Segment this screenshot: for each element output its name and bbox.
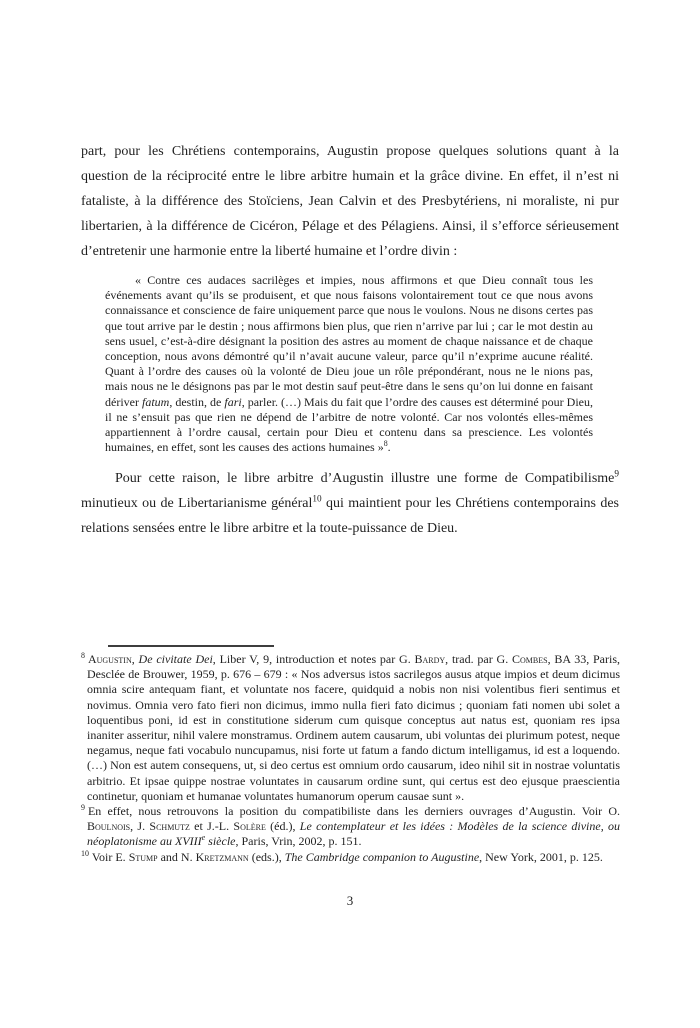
footnote-10-text: Voir E. Stump and N. Kretzmann (eds.), T… bbox=[92, 850, 603, 864]
footnote-separator-rule bbox=[108, 645, 274, 647]
block-quote-augustine: « Contre ces audaces sacrilèges et impie… bbox=[105, 273, 593, 455]
footnote-9-marker: 9 bbox=[81, 803, 85, 812]
page-number: 3 bbox=[0, 893, 700, 909]
footnote-8: 8Augustin, De civitate Dei, Liber V, 9, … bbox=[81, 652, 620, 804]
footnote-10: 10Voir E. Stump and N. Kretzmann (eds.),… bbox=[81, 850, 620, 865]
footnotes-section: 8Augustin, De civitate Dei, Liber V, 9, … bbox=[81, 645, 620, 865]
footnote-9-text: En effet, nous retrouvons la position du… bbox=[87, 804, 620, 848]
footnote-9: 9En effet, nous retrouvons la position d… bbox=[81, 804, 620, 850]
footnote-8-text: Augustin, De civitate Dei, Liber V, 9, i… bbox=[87, 652, 620, 803]
document-page: part, pour les Chrétiens contemporains, … bbox=[0, 0, 700, 1028]
footnote-10-marker: 10 bbox=[81, 849, 89, 858]
page-body: part, pour les Chrétiens contemporains, … bbox=[81, 139, 619, 541]
footnote-8-marker: 8 bbox=[81, 651, 85, 660]
paragraph-intro: part, pour les Chrétiens contemporains, … bbox=[81, 139, 619, 264]
paragraph-conclusion: Pour cette raison, le libre arbitre d’Au… bbox=[81, 466, 619, 541]
